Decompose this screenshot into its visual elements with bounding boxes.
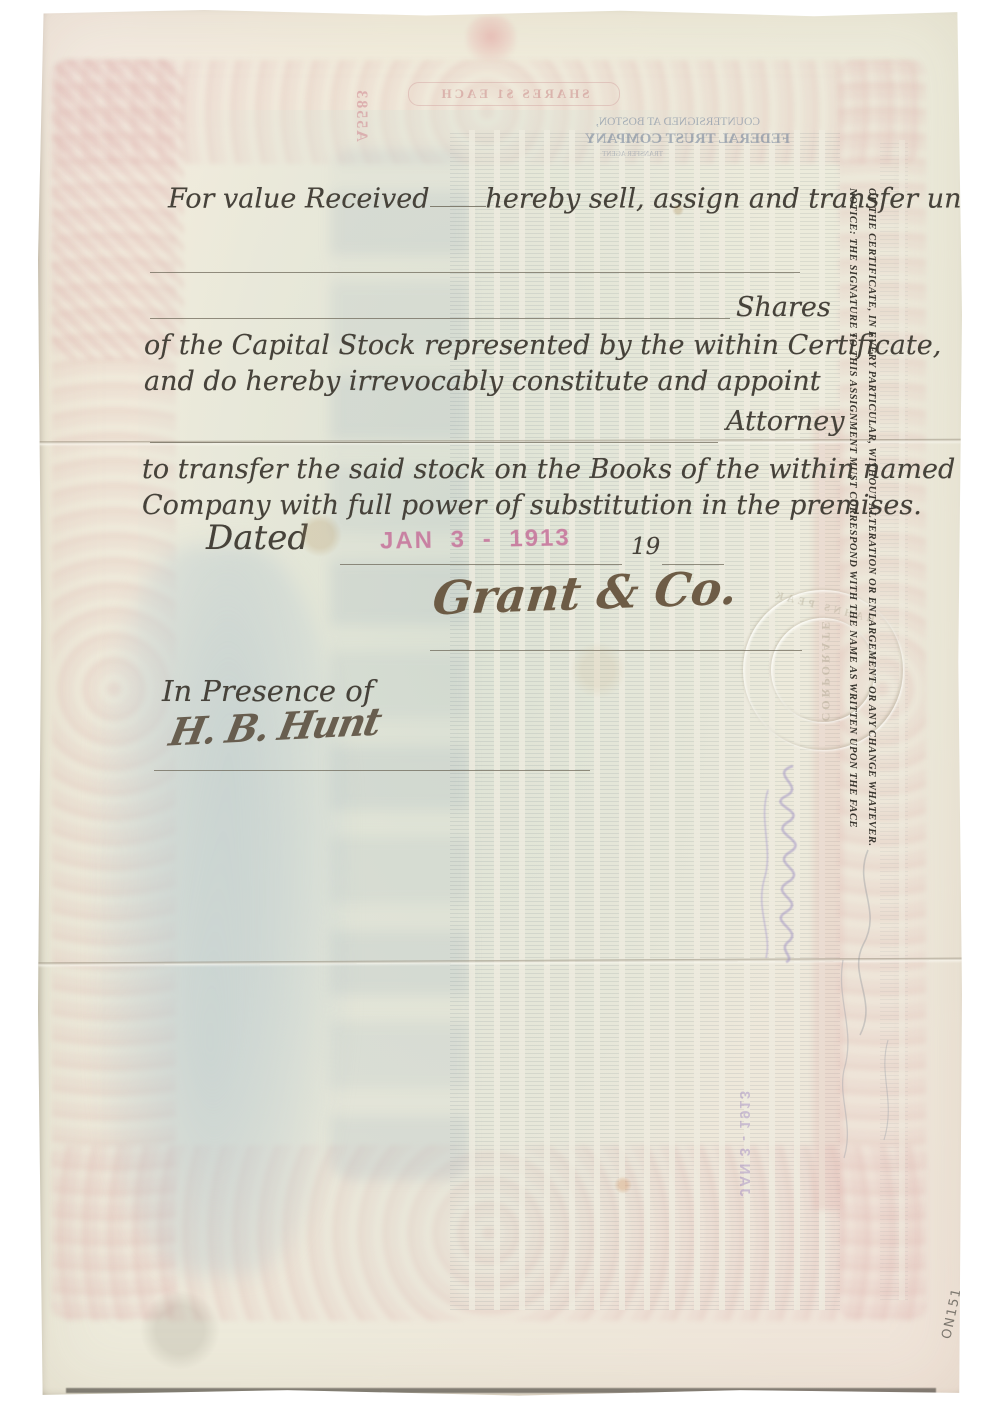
bottom-scan-edge	[66, 1388, 936, 1393]
paper-stains	[38, 10, 962, 1397]
certificate-back-paper: A5583 SHARES $1 EACH COUNTERSIGNED AT BO…	[38, 10, 962, 1397]
scanned-document: A5583 SHARES $1 EACH COUNTERSIGNED AT BO…	[0, 0, 1000, 1413]
